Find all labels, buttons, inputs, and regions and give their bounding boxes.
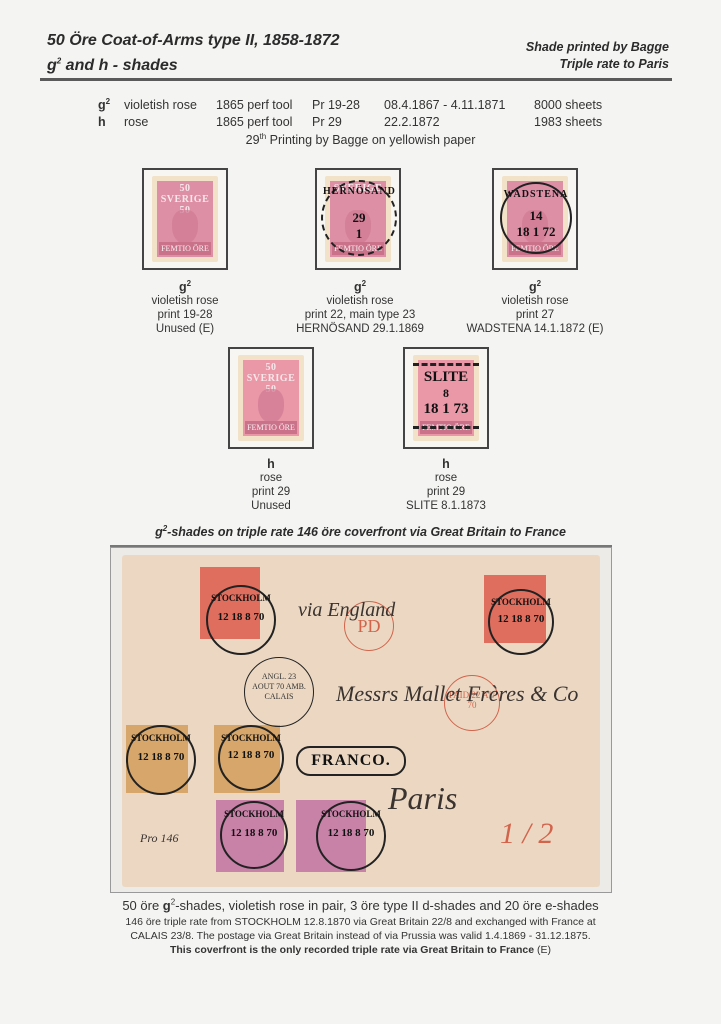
cover-description-line: 146 öre triple rate from STOCKHOLM 12.8.… — [0, 916, 721, 928]
postmark-stockholm: STOCKHOLM 12 18 8 70 — [206, 585, 276, 655]
coverfront-image: STOCKHOLM 12 18 8 70 STOCKHOLM 12 18 8 7… — [122, 555, 600, 887]
caption-shade: h — [376, 457, 516, 471]
caption-shade: h — [201, 457, 341, 471]
header-note-shade: Shade printed by Bagge — [526, 40, 669, 54]
caption-print: print 22, main type 23 — [290, 308, 430, 322]
spec-shade: h — [98, 114, 124, 131]
handwritten-via: via England — [298, 599, 395, 622]
handwritten-margin-note: Pro 146 — [140, 831, 179, 846]
caption-colour: violetish rose — [115, 294, 255, 308]
caption-print: print 27 — [465, 308, 605, 322]
stamp-caption: g2 violetish rose print 19-28 Unused (E) — [115, 280, 255, 336]
franco-mark: FRANCO. — [296, 746, 406, 776]
spec-dates: 22.2.1872 — [384, 114, 534, 131]
caption-print: print 29 — [201, 485, 341, 499]
stamp-bottom-text: FEMTIO ÖRE — [159, 242, 211, 255]
stamp-mount: FEMTIO ÖRE SLITE 8 18 1 73 — [403, 347, 489, 449]
stamp-caption: g2 violetish rose print 22, main type 23… — [290, 280, 430, 336]
caption-colour: rose — [376, 471, 516, 485]
stamp-image: 50 SVERIGE 50 FEMTIO ÖRE — [152, 176, 218, 262]
stamp-caption: h rose print 29 Unused — [201, 457, 341, 513]
spec-colour: violetish rose — [124, 97, 216, 114]
coat-of-arms-icon — [172, 210, 198, 244]
postmark-stockholm: STOCKHOLM 12 18 8 70 — [126, 725, 196, 795]
caption-colour: violetish rose — [465, 294, 605, 308]
caption-colour: rose — [201, 471, 341, 485]
handwritten-addressee: Messrs Mallet Frères & Co — [336, 681, 578, 707]
page-title: 50 Öre Coat-of-Arms type II, 1858-1872 — [47, 32, 340, 50]
spec-sheets: 1983 sheets — [534, 114, 602, 131]
spec-shade: g2 — [98, 97, 124, 114]
stamp-bottom-text: FEMTIO ÖRE — [245, 421, 297, 434]
stamp-design: 50 SVERIGE 50 FEMTIO ÖRE — [243, 360, 299, 436]
postmark-slite: SLITE 8 18 1 73 — [413, 363, 479, 429]
header-note-rate: Triple rate to Paris — [559, 57, 669, 71]
spec-row: h rose 1865 perf tool Pr 29 22.2.1872 19… — [98, 114, 602, 131]
stamp-caption: g2 violetish rose print 27 WADSTENA 14.1… — [465, 280, 605, 336]
caption-shade: g2 — [290, 280, 430, 294]
spec-perf: 1865 perf tool — [216, 114, 312, 131]
postmark-wadstena: WADSTENA 14 18 1 72 — [500, 182, 572, 254]
stamp-mount: FEMTIO ÖRE WADSTENA 14 18 1 72 — [492, 168, 578, 270]
spec-dates: 08.4.1867 - 4.11.1871 — [384, 97, 534, 114]
postmark-hernosand: HERNÖSAND 29 1 — [321, 180, 397, 256]
caption-note: WADSTENA 14.1.1872 (E) — [465, 322, 605, 336]
caption-note: Unused (E) — [115, 322, 255, 336]
printing-note: 29th Printing by Bagge on yellowish pape… — [0, 133, 721, 147]
caption-print: print 19-28 — [115, 308, 255, 322]
cover-description-highlight: This coverfront is the only recorded tri… — [0, 944, 721, 956]
spec-printing: Pr 29 — [312, 114, 384, 131]
cover-description-line: CALAIS 23/8. The postage via Great Brita… — [0, 930, 721, 942]
header-divider — [40, 78, 672, 81]
caption-print: print 29 — [376, 485, 516, 499]
postmark-stockholm: STOCKHOLM 12 18 8 70 — [218, 725, 284, 791]
postmark-calais: ANGL. 23 AOUT 70 AMB. CALAIS — [244, 657, 314, 727]
caption-shade: g2 — [465, 280, 605, 294]
spec-colour: rose — [124, 114, 216, 131]
caption-colour: violetish rose — [290, 294, 430, 308]
postmark-stockholm: STOCKHOLM 12 18 8 70 — [316, 801, 386, 871]
handwritten-city: Paris — [388, 780, 457, 817]
caption-note: SLITE 8.1.1873 — [376, 499, 516, 513]
stamp-caption: h rose print 29 SLITE 8.1.1873 — [376, 457, 516, 513]
stamp-mount: SVERIGE FEMTIO ÖRE HERNÖSAND 29 1 — [315, 168, 401, 270]
cover-description-headline: 50 öre g2-shades, violetish rose in pair… — [0, 898, 721, 913]
coat-of-arms-icon — [258, 389, 284, 423]
stamp-mount: 50 SVERIGE 50 FEMTIO ÖRE — [228, 347, 314, 449]
caption-shade: g2 — [115, 280, 255, 294]
spec-printing: Pr 19-28 — [312, 97, 384, 114]
cover-section-title: g2-shades on triple rate 146 öre coverfr… — [0, 525, 721, 539]
subtitle-shade: g — [47, 57, 57, 74]
postmark-stockholm: STOCKHOLM 12 18 8 70 — [488, 589, 554, 655]
red-tax-marking: 1 / 2 — [500, 817, 553, 851]
stamp-mount: 50 SVERIGE 50 FEMTIO ÖRE — [142, 168, 228, 270]
stamp-image: 50 SVERIGE 50 FEMTIO ÖRE — [238, 355, 304, 441]
spec-sheets: 8000 sheets — [534, 97, 602, 114]
caption-note: HERNÖSAND 29.1.1869 — [290, 322, 430, 336]
shade-spec-table: g2 violetish rose 1865 perf tool Pr 19-2… — [98, 97, 602, 131]
page-subtitle: g2 and h - shades — [47, 57, 178, 75]
spec-perf: 1865 perf tool — [216, 97, 312, 114]
stamp-design: 50 SVERIGE 50 FEMTIO ÖRE — [157, 181, 213, 257]
postmark-stockholm: STOCKHOLM 12 18 8 70 — [220, 801, 288, 869]
caption-note: Unused — [201, 499, 341, 513]
subtitle-rest: and h - shades — [61, 57, 177, 74]
spec-row: g2 violetish rose 1865 perf tool Pr 19-2… — [98, 97, 602, 114]
